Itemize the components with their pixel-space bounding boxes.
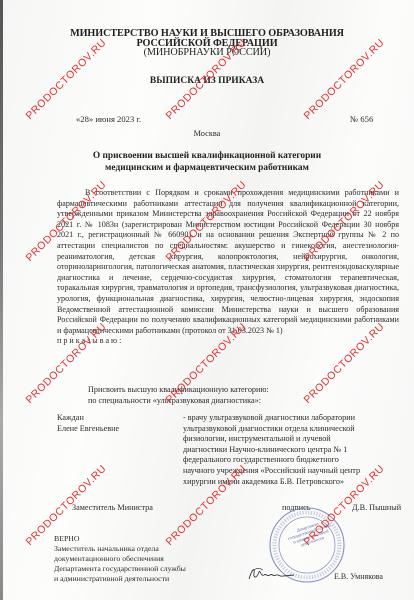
order-city: Москва xyxy=(0,129,414,138)
position-line: диагностики Научно-клинического центра №… xyxy=(183,445,403,456)
order-title-line2: медицинским и фармацевтическим работника… xyxy=(0,162,414,174)
order-number: № 656 xyxy=(350,114,373,124)
order-title: О присвоении высшей квалификационной кат… xyxy=(0,150,414,174)
certification-line: Заместитель начальника отдела xyxy=(54,544,186,554)
signatory-name: Д.В. Пышный xyxy=(352,503,401,512)
order-date: «28» июня 2023 г. xyxy=(76,114,141,124)
scan-edge-shadow xyxy=(0,0,3,600)
person-name: Каждан Елене Евгеньевне xyxy=(57,413,119,434)
handwritten-signature-icon xyxy=(246,565,296,583)
order-title-line1: О присвоении высшей квалификационной кат… xyxy=(0,150,414,162)
ministry-short-name: (МИНОБРНАУКИ РОССИИ) xyxy=(0,48,414,58)
position-line: - врачу ультразвуковой диагностики лабор… xyxy=(183,413,403,424)
person-surname: Каждан xyxy=(57,413,119,424)
position-line: физиологии, инструментальной и лучевой xyxy=(183,434,403,445)
certification-line: Департамента государственной службы xyxy=(54,564,186,574)
certification-line: и административной деятельности xyxy=(54,574,186,584)
position-line: ультразвуковой диагностики отдела клинич… xyxy=(183,424,403,435)
position-line: федерального государственного бюджетного xyxy=(183,455,403,466)
signatory-title: Заместитель Министра xyxy=(72,503,153,512)
ministry-header: МИНИСТЕРСТВО НАУКИ И ВЫСШЕГО ОБРАЗОВАНИЯ… xyxy=(0,29,414,58)
certification-line: документационного обеспечения xyxy=(54,554,186,564)
person-given-names: Елене Евгеньевне xyxy=(57,424,119,435)
certification-name: Е.В. Умнякова xyxy=(334,572,383,581)
